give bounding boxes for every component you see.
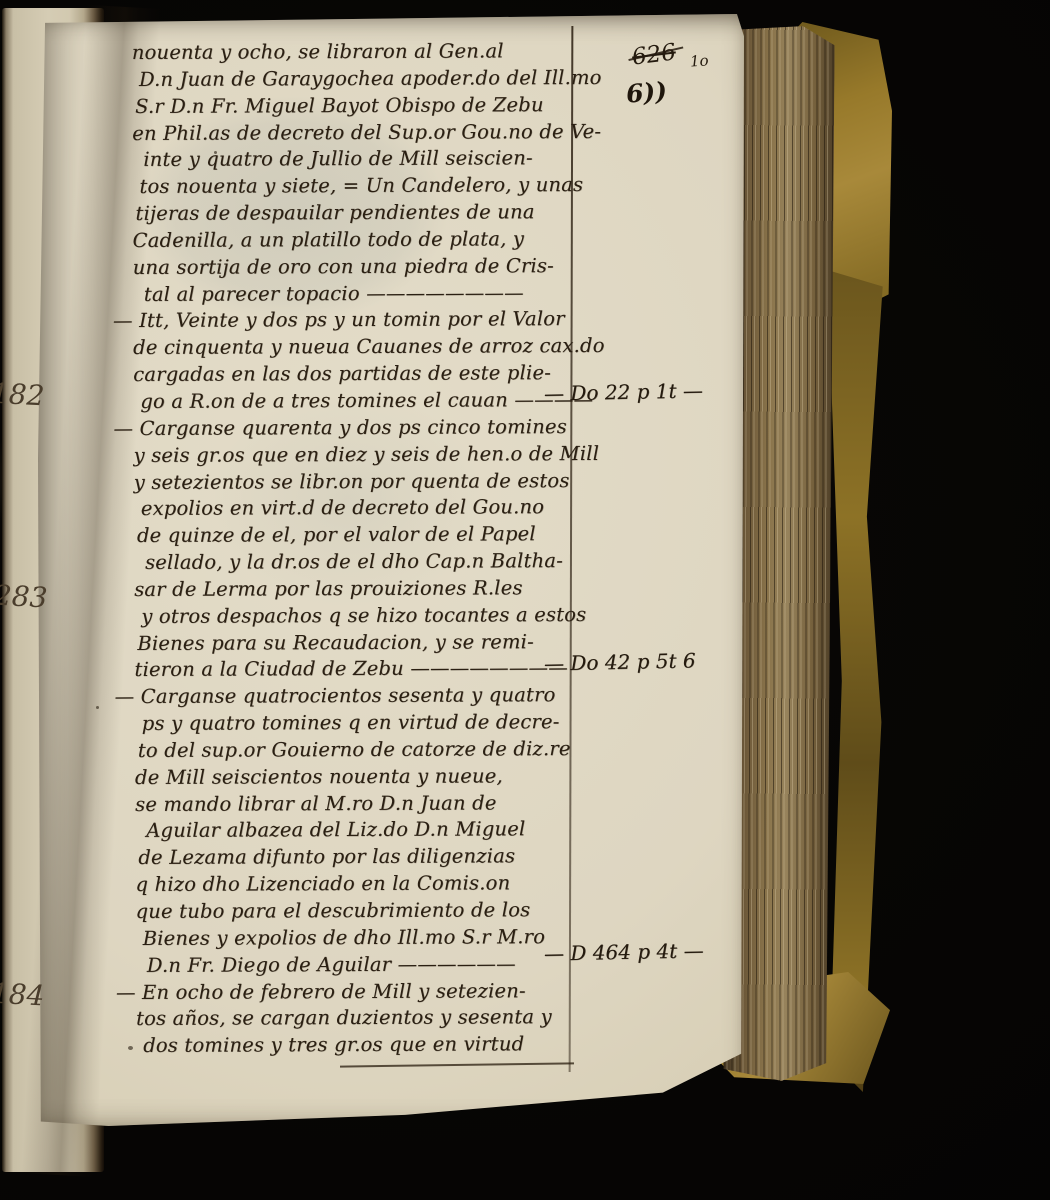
ink-speck [128, 1046, 133, 1050]
facing-page-number: 184 [0, 977, 45, 1013]
manuscript-line-entry: — En ocho de febrero de Mill y setezien- [116, 979, 584, 1008]
manuscript-line: se mando librar al M.ro D.n Juan de [135, 791, 583, 820]
manuscript-line: Bienes y expolios de dho Ill.mo S.r M.ro [143, 925, 584, 954]
manuscript-line: que tubo para el descubrimiento de los [136, 898, 584, 927]
manuscript-page: 626 1o 6)) nouenta y ocho, se libraron a… [38, 14, 744, 1126]
manuscript-line: ps y quatro tomines q en virtud de decre… [142, 710, 583, 739]
manuscript-line-entry: — Itt, Veinte y dos ps y un tomin por el… [113, 307, 581, 336]
manuscript-line: go a R.on de a tres tomines el cauan ———… [140, 388, 581, 417]
manuscript-line: tal al parecer topacio ———————— [144, 281, 581, 310]
folio-number: 6)) [625, 76, 668, 108]
manuscript-line: de quinze de el, por el valor de el Pape… [137, 522, 582, 551]
photo-background: 626 1o 6)) nouenta y ocho, se libraron a… [0, 0, 1050, 1200]
manuscript-line: una sortija de oro con una piedra de Cri… [133, 254, 581, 283]
manuscript-line-entry: — Carganse quarenta y dos ps cinco tomin… [113, 415, 581, 444]
margin-amount: — D 464 p 4t — [544, 938, 704, 965]
manuscript-line: en Phil.as de decreto del Sup.or Gou.no … [132, 120, 580, 149]
manuscript-line: Cadenilla, a un platillo todo de plata, … [133, 227, 581, 256]
manuscript-line-entry: — Carganse quatrocientos sesenta y quatr… [115, 683, 583, 712]
manuscript-text-block: nouenta y ocho, se libraron al Gen.al D.… [132, 39, 584, 1061]
manuscript-line: de Lezama difunto por las diligenzias [138, 844, 583, 873]
manuscript-line: de cinquenta y nueua Cauanes de arroz ca… [133, 334, 581, 363]
manuscript-line: dos tomines y tres gr.os que en virtud [143, 1032, 584, 1061]
margin-amount: — Do 22 p 1t — [544, 378, 703, 405]
manuscript-line: sellado, y la dr.os de el dho Cap.n Balt… [145, 549, 582, 578]
manuscript-line: nouenta y ocho, se libraron al Gen.al [132, 39, 580, 68]
folio-revision-mark: 1o [689, 51, 709, 70]
ink-speck [96, 706, 99, 709]
manuscript-line: y setezientos se libr.on por quenta de e… [134, 469, 582, 498]
manuscript-line: expolios en virt.d de decreto del Gou.no [141, 495, 582, 524]
manuscript-line: q hizo dho Lizenciado en la Comis.on [135, 871, 583, 900]
folio-number-struck: 626 [631, 39, 678, 70]
manuscript-line: to del sup.or Gouierno de catorze de diz… [138, 737, 583, 766]
manuscript-line: de Mill seiscientos nouenta y nueue, [135, 764, 583, 793]
margin-amount: — Do 42 p 5t 6 [544, 648, 696, 675]
entry-underline-rule [340, 1062, 574, 1067]
parchment-cover-side [822, 270, 888, 1092]
ink-speck [214, 151, 217, 154]
manuscript-line: tos años, se cargan duzientos y sesenta … [136, 1005, 584, 1034]
manuscript-line: y seis gr.os que en diez y seis de hen.o… [134, 442, 582, 471]
facing-page-number: 283 [0, 579, 48, 615]
manuscript-line: inte y quatro de Jullio de Mill seiscien… [143, 146, 580, 175]
manuscript-line: y otros despachos q se hizo tocantes a e… [141, 603, 582, 632]
manuscript-line: sar de Lerma por las prouiziones R.les [134, 576, 582, 605]
manuscript-line: D.n Juan de Garaygochea apoder.do del Il… [139, 66, 580, 95]
manuscript-line: Bienes para su Recaudacion, y se remi- [137, 630, 582, 659]
manuscript-line: tijeras de despauilar pendientes de una [135, 200, 580, 229]
manuscript-line: tieron a la Ciudad de Zebu ———————— [134, 656, 582, 685]
manuscript-line: cargadas en las dos partidas de este pli… [133, 361, 581, 390]
manuscript-line: D.n Fr. Diego de Aguilar —————— [147, 952, 584, 981]
manuscript-line: Aguilar albazea del Liz.do D.n Miguel [146, 817, 583, 846]
facing-page-number: 182 [0, 377, 45, 413]
manuscript-line: S.r D.n Fr. Miguel Bayot Obispo de Zebu [135, 93, 580, 122]
manuscript-line: tos nouenta y siete, = Un Candelero, y u… [139, 173, 580, 202]
